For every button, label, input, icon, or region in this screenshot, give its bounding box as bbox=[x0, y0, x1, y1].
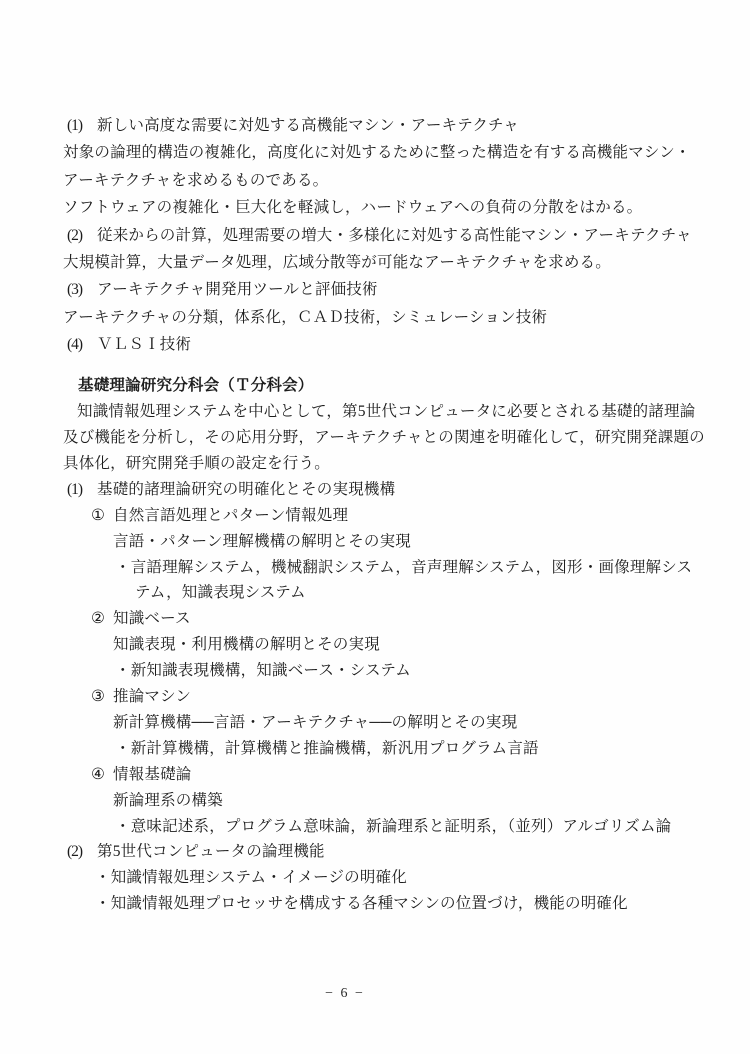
text-line: ②知識ベース bbox=[91, 606, 720, 632]
list-marker: (4) bbox=[67, 331, 97, 358]
line-text: 自然言語処理とパターン情報処理 bbox=[113, 507, 348, 524]
line-text: 知識ベース bbox=[113, 610, 191, 627]
line-text: テム，知識表現システム bbox=[135, 584, 306, 601]
line-text: 大規模計算，大量データ処理，広域分散等が可能なアーキテクチャを求める。 bbox=[63, 254, 611, 271]
list-marker: (3) bbox=[67, 276, 97, 303]
text-line: 言語・パターン理解機構の解明とその実現 bbox=[113, 529, 720, 555]
text-line: ・言語理解システム，機械翻訳システム，音声理解システム，図形・画像理解シス bbox=[115, 555, 720, 581]
line-text: 具体化，研究開発手順の設定を行う。 bbox=[63, 455, 330, 472]
text-line: 対象の論理的構造の複雑化，高度化に対処するために整った構造を有する高機能マシン・ bbox=[63, 139, 720, 166]
line-text: 基礎理論研究分科会（Ｔ分科会） bbox=[78, 377, 314, 394]
text-line: ・新計算機構，計算機構と推論機構，新汎用プログラム言語 bbox=[115, 736, 720, 762]
line-text: 従来からの計算，処理需要の増大・多様化に対処する高性能マシン・アーキテクチャ bbox=[97, 227, 692, 244]
text-line: (4)ＶＬＳＩ技術 bbox=[67, 331, 720, 358]
text-line: (1)基礎的諸理論研究の明確化とその実現機構 bbox=[67, 477, 720, 503]
line-text: アーキテクチャを求めるものである。 bbox=[63, 172, 328, 189]
line-text: 情報基礎論 bbox=[113, 766, 192, 783]
text-line: アーキテクチャを求めるものである。 bbox=[63, 167, 720, 194]
text-line: (1)新しい高度な需要に対処する高機能マシン・アーキテクチャ bbox=[67, 112, 720, 139]
section-heading: 基礎理論研究分科会（Ｔ分科会） bbox=[78, 372, 720, 399]
line-text: ＶＬＳＩ技術 bbox=[97, 336, 191, 353]
text-line: 具体化，研究開発手順の設定を行う。 bbox=[63, 451, 720, 477]
text-line: (2)従来からの計算，処理需要の増大・多様化に対処する高性能マシン・アーキテクチ… bbox=[67, 222, 720, 249]
line-text: 推論マシン bbox=[113, 688, 191, 705]
list-marker: (2) bbox=[67, 839, 97, 865]
text-line: ①自然言語処理とパターン情報処理 bbox=[91, 503, 720, 529]
text-line: ソフトウェアの複雑化・巨大化を軽減し，ハードウェアへの負荷の分散をはかる。 bbox=[63, 194, 720, 221]
text-line: ③推論マシン bbox=[91, 684, 720, 710]
line-text: 第5世代コンピュータの論理機能 bbox=[97, 843, 325, 860]
text-line: 知識表現・利用機構の解明とその実現 bbox=[113, 632, 720, 658]
line-text: 及び機能を分析し，その応用分野，アーキテクチャとの関連を明確化して，研究開発課題… bbox=[63, 429, 705, 446]
line-text: ・新計算機構，計算機構と推論機構，新汎用プログラム言語 bbox=[115, 740, 539, 757]
text-line: テム，知識表現システム bbox=[135, 580, 720, 606]
text-line: ④情報基礎論 bbox=[91, 762, 720, 788]
list-marker: (1) bbox=[67, 477, 97, 503]
line-text: アーキテクチャの分類，体系化，ＣＡＤ技術，シミュレーション技術 bbox=[63, 309, 547, 326]
text-line: ・知識情報処理システム・イメージの明確化 bbox=[95, 865, 720, 891]
text-line: ・新知識表現機構，知識ベース・システム bbox=[115, 658, 720, 684]
line-text: 知識表現・利用機構の解明とその実現 bbox=[113, 636, 380, 653]
line-text: 対象の論理的構造の複雑化，高度化に対処するために整った構造を有する高機能マシン・ bbox=[63, 144, 691, 161]
text-block: (1)新しい高度な需要に対処する高機能マシン・アーキテクチャ対象の論理的構造の複… bbox=[63, 112, 720, 917]
text-line: ・意味記述系，プログラム意味論，新論理系と証明系，（並列）アルゴリズム論 bbox=[115, 814, 720, 840]
list-marker: ① bbox=[91, 503, 113, 529]
line-text: ソフトウェアの複雑化・巨大化を軽減し，ハードウェアへの負荷の分散をはかる。 bbox=[63, 199, 642, 216]
text-line: (2)第5世代コンピュータの論理機能 bbox=[67, 839, 720, 865]
text-line: ・知識情報処理プロセッサを構成する各種マシンの位置づけ，機能の明確化 bbox=[95, 891, 720, 917]
line-text: 知識情報処理システムを中心として，第5世代コンピュータに必要とされる基礎的諸理論 bbox=[77, 403, 695, 420]
text-line: 知識情報処理システムを中心として，第5世代コンピュータに必要とされる基礎的諸理論 bbox=[77, 399, 720, 425]
line-text: ・意味記述系，プログラム意味論，新論理系と証明系，（並列）アルゴリズム論 bbox=[115, 818, 671, 835]
list-marker: ③ bbox=[91, 684, 113, 710]
list-marker: (2) bbox=[67, 222, 97, 249]
line-text: ・新知識表現機構，知識ベース・システム bbox=[115, 662, 411, 679]
text-line: (3)アーキテクチャ開発用ツールと評価技術 bbox=[67, 276, 720, 303]
line-text: アーキテクチャ開発用ツールと評価技術 bbox=[97, 281, 378, 298]
line-text: ・知識情報処理プロセッサを構成する各種マシンの位置づけ，機能の明確化 bbox=[95, 895, 628, 912]
line-text: 新論理系の構築 bbox=[113, 792, 223, 809]
text-line: 新論理系の構築 bbox=[113, 788, 720, 814]
line-text: ・言語理解システム，機械翻訳システム，音声理解システム，図形・画像理解シス bbox=[115, 559, 692, 576]
page-number: − 6 − bbox=[0, 986, 690, 1002]
line-text: ・知識情報処理システム・イメージの明確化 bbox=[95, 869, 407, 886]
text-line: 及び機能を分析し，その応用分野，アーキテクチャとの関連を明確化して，研究開発課題… bbox=[63, 425, 720, 451]
list-marker: (1) bbox=[67, 112, 97, 139]
scanned-document-page: (1)新しい高度な需要に対処する高機能マシン・アーキテクチャ対象の論理的構造の複… bbox=[0, 0, 750, 1054]
text-line: アーキテクチャの分類，体系化，ＣＡＤ技術，シミュレーション技術 bbox=[63, 304, 720, 331]
line-text: 新計算機構──言語・アーキテクチャ──の解明とその実現 bbox=[113, 714, 517, 731]
line-text: 新しい高度な需要に対処する高機能マシン・アーキテクチャ bbox=[97, 117, 519, 134]
text-line: 大規模計算，大量データ処理，広域分散等が可能なアーキテクチャを求める。 bbox=[63, 249, 720, 276]
line-text: 基礎的諸理論研究の明確化とその実現機構 bbox=[97, 481, 395, 498]
text-line: 新計算機構──言語・アーキテクチャ──の解明とその実現 bbox=[113, 710, 720, 736]
list-marker: ② bbox=[91, 606, 113, 632]
line-text: 言語・パターン理解機構の解明とその実現 bbox=[113, 533, 411, 550]
list-marker: ④ bbox=[91, 762, 113, 788]
